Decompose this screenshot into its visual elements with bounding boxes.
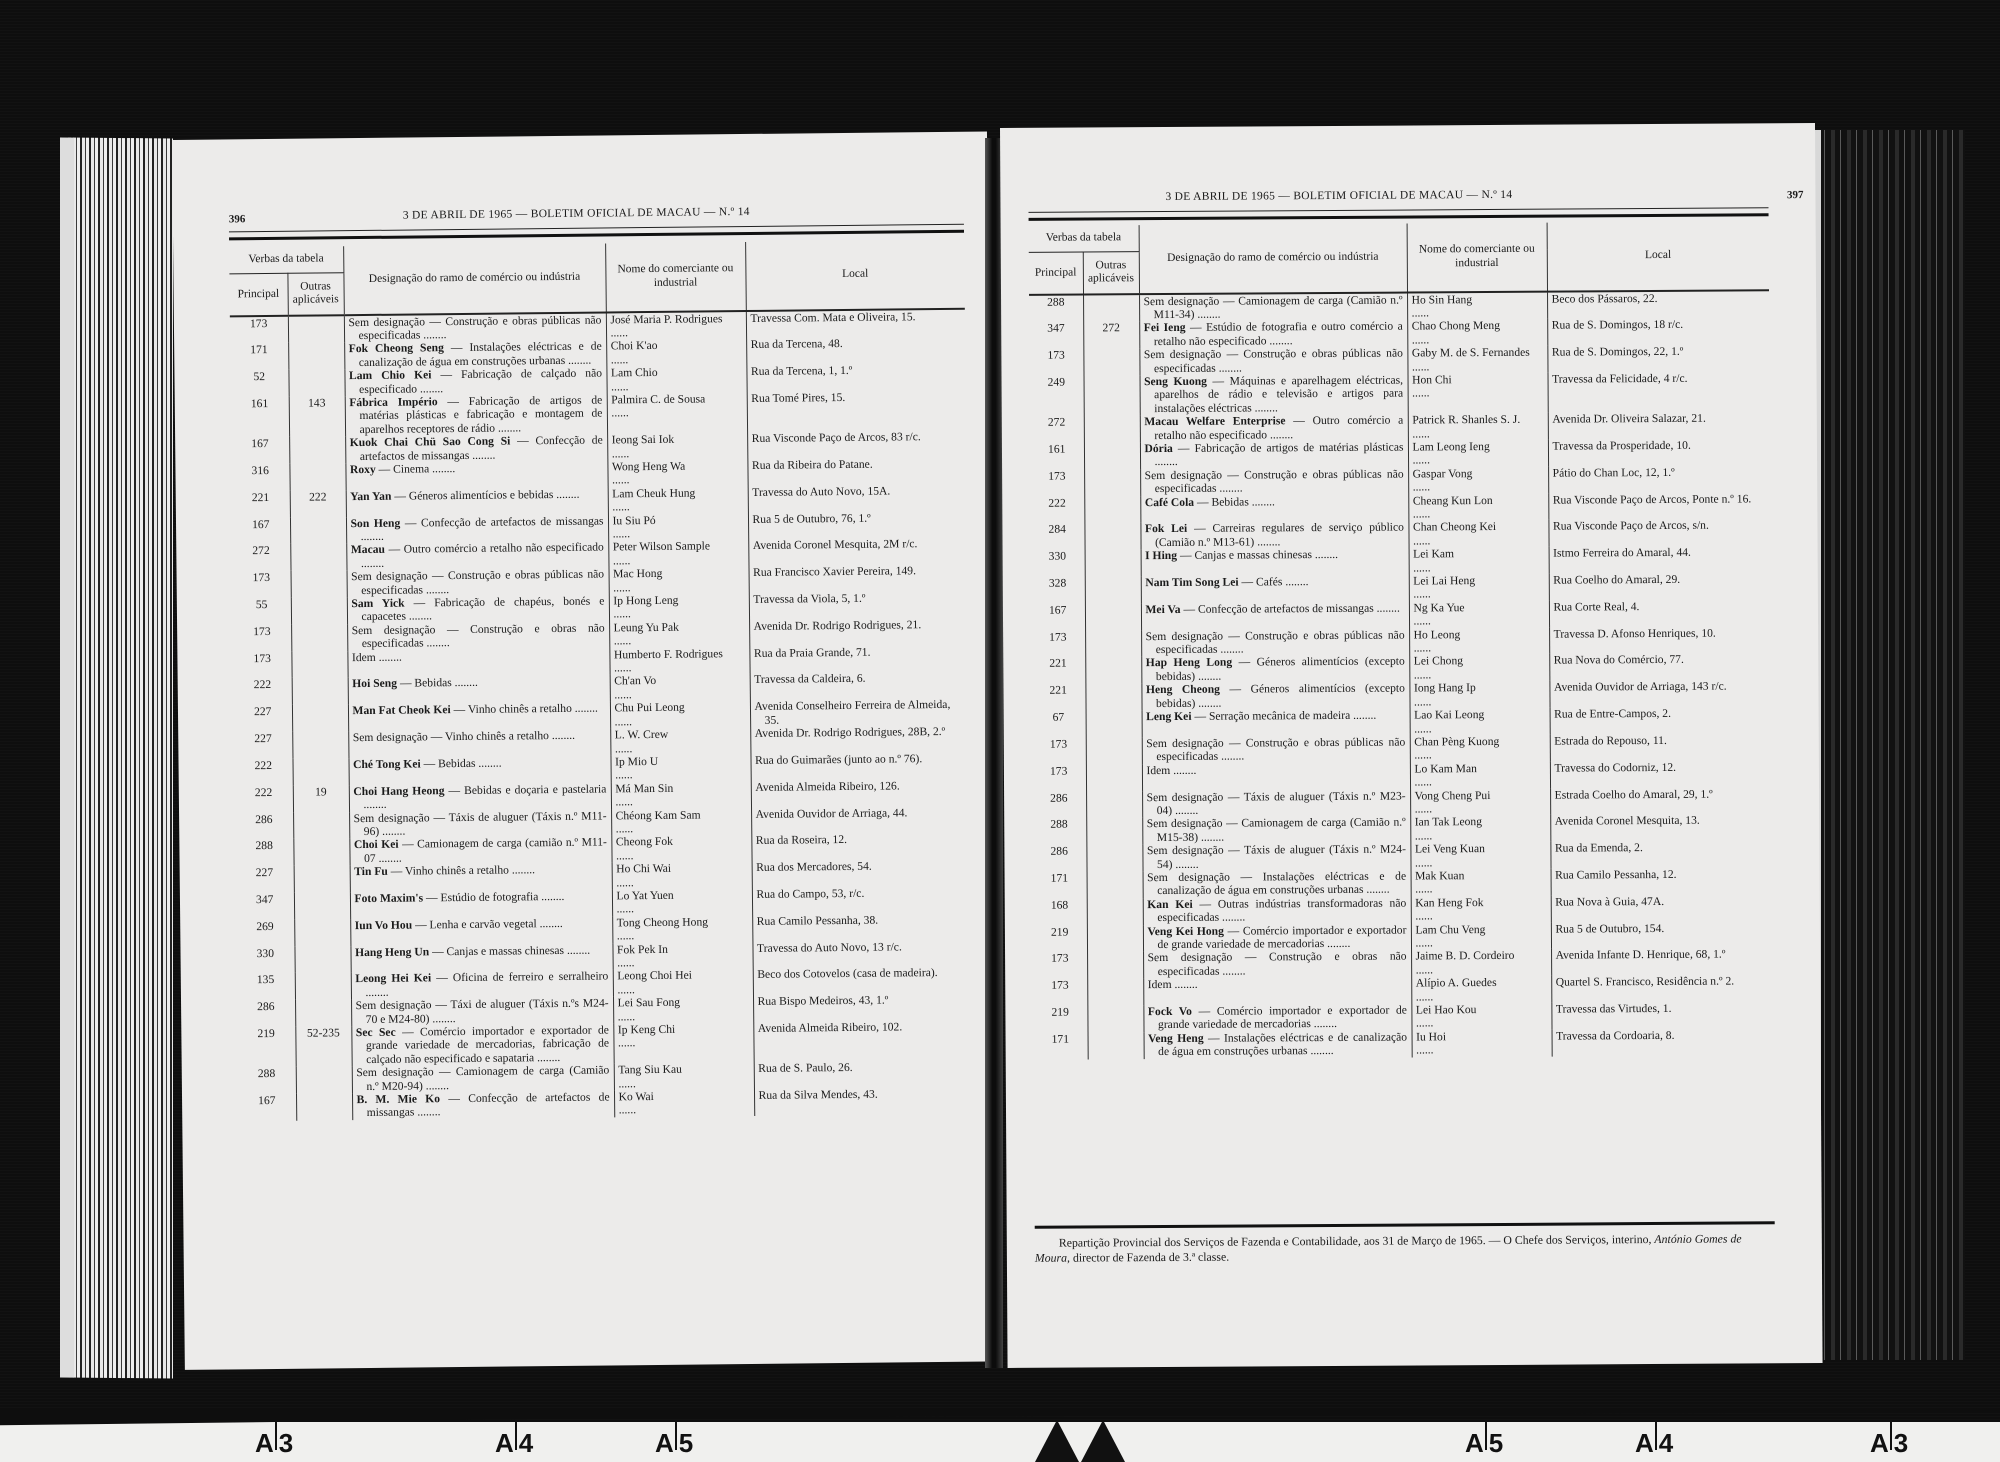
left-page: 396 3 DE ABRIL DE 1965 — BOLETIM OFICIAL… <box>172 131 1000 1369</box>
business-activity: Sem designação — Camionagem de carga (Ca… <box>1144 293 1403 321</box>
verba-outras <box>290 544 346 571</box>
business-name: Leong Hei Kei <box>355 972 431 986</box>
verba-outras <box>1087 978 1143 1005</box>
merchant-cell: Mac Hong ...... <box>609 566 749 594</box>
address: Travessa Com. Mata e Oliveira, 15. <box>750 309 961 325</box>
designacao-text: Sem designação — Camionagem de carga (Ca… <box>1147 816 1406 844</box>
designacao-text: Hang Heng Un — Canjas e massas chinesas … <box>355 943 608 959</box>
business-name: B. M. Mie Ko <box>357 1092 441 1106</box>
verba-outras: 52-235 <box>295 1026 351 1067</box>
designacao-text: Lam Chio Kei — Fabricação de calçado não… <box>349 367 602 396</box>
marker-bar <box>515 1420 517 1450</box>
business-name: Fei Ieng <box>1144 321 1186 334</box>
designacao-text: Sem designação — Construção e obras públ… <box>1146 735 1405 763</box>
microfilm-strip <box>0 1422 2000 1462</box>
verba-outras <box>1087 952 1143 979</box>
merchant-cell: Ko Wai ...... <box>614 1089 754 1117</box>
verba-principal: 347 <box>236 893 294 920</box>
local-cell: Avenida Coronel Mesquita, 13. <box>1550 814 1772 842</box>
verba-outras <box>1087 925 1143 952</box>
business-name: Roxy <box>350 463 376 476</box>
merchant-name: Humberto F. Rodrigues <box>614 647 745 662</box>
business-name: Hoi Seng <box>352 677 397 690</box>
merchant-name: L. W. Crew <box>615 727 746 742</box>
verba-principal: 219 <box>237 1027 295 1068</box>
local-cell: Avenida Dr. Rodrigo Rodrigues, 21. <box>749 618 968 647</box>
merchant-name: Lei Kam <box>1413 547 1544 561</box>
merchant-cell: Alípio A. Guedes ...... <box>1411 976 1551 1004</box>
verba-outras <box>1088 1032 1144 1059</box>
merchant-name: Jaime B. D. Cordeiro <box>1416 949 1547 963</box>
verba-principal: 288 <box>1032 818 1086 845</box>
designacao-text: Idem ........ <box>352 648 605 664</box>
merchant-name: Hon Chi <box>1412 373 1543 387</box>
business-activity: Sem designação — Construção e obras públ… <box>1146 735 1405 763</box>
local-cell: Rua Corte Real, 4. <box>1549 599 1771 627</box>
verba-outras <box>296 1093 352 1120</box>
local-cell: Travessa do Auto Novo, 13 r/c. <box>752 939 971 968</box>
verba-principal: 173 <box>1033 979 1087 1006</box>
merchant-name: Lei Hao Kou <box>1416 1003 1547 1017</box>
verba-outras: 272 <box>1083 321 1139 348</box>
verba-outras <box>1087 1005 1143 1032</box>
business-activity: — Outro comércio a retalho não especific… <box>388 541 603 556</box>
film-marker: A5 <box>655 1428 692 1459</box>
designacao-text: Seng Kuong — Máquinas e aparelhagem eléc… <box>1144 373 1403 415</box>
verba-principal: 227 <box>236 866 294 893</box>
designacao-text: Hap Heng Long — Géneros alimentícios (ex… <box>1146 655 1405 683</box>
address: Rua da Silva Mendes, 43. <box>758 1087 969 1103</box>
verba-outras <box>296 1066 352 1093</box>
merchant-cell: Lam Chio ...... <box>606 365 746 393</box>
merchant-name: Lei Sau Fong <box>618 995 749 1010</box>
address: Rua Corte Real, 4. <box>1553 599 1767 614</box>
designacao-cell: Sem designação — Construção e obras não … <box>1143 950 1411 978</box>
designacao-cell: Fok Cheong Seng — Instalações eléctricas… <box>344 340 606 370</box>
business-activity: Sem designação — Construção e obras não … <box>352 621 605 650</box>
merchant-name: Tang Siu Kau <box>618 1062 749 1077</box>
designacao-text: Mei Va — Confecção de artefactos de miss… <box>1145 601 1404 616</box>
address: Rua Nova do Comércio, 77. <box>1554 653 1768 668</box>
local-cell: Rua de S. Paulo, 26. <box>754 1060 973 1089</box>
designacao-cell: Dória — Fabricação de artigos de matéria… <box>1140 440 1408 468</box>
merchant-cell: Humberto F. Rodrigues ...... <box>609 647 749 675</box>
business-name: Sec Sec <box>356 1026 396 1039</box>
merchant-name: Patrick R. Shanles S. J. <box>1412 413 1543 427</box>
designacao-cell: Mei Va — Confecção de artefactos de miss… <box>1141 601 1409 629</box>
address: Travessa da Felicidade, 4 r/c. <box>1552 371 1766 386</box>
verba-principal: 221 <box>1031 657 1085 684</box>
verba-outras <box>294 892 350 919</box>
verba-principal: 272 <box>232 544 290 571</box>
verba-outras <box>1086 844 1142 871</box>
page-number: 397 <box>1787 189 1804 201</box>
business-activity: — Vinho chinês a retalho <box>454 702 572 716</box>
address: Avenida Dr. Oliveira Salazar, 21. <box>1552 411 1766 426</box>
business-activity: — Camionagem de carga (camião n.º M11-07 <box>364 836 607 865</box>
header-rule-thick <box>1029 213 1769 221</box>
merchant-cell: Leong Choi Hei ...... <box>613 968 753 996</box>
business-activity: Sem designação — Vinho chinês a retalho <box>353 729 549 744</box>
verba-outras <box>1085 549 1141 576</box>
merchant-name: Alípio A. Guedes <box>1416 976 1547 990</box>
address: Estrada do Repouso, 11. <box>1554 733 1768 748</box>
designacao-text: Hoi Seng — Bebidas ........ <box>352 675 605 691</box>
verba-outras <box>295 999 351 1026</box>
merchant-name: Chéong Kam Sam <box>616 808 747 823</box>
local-cell: Avenida Infante D. Henrique, 68, 1.º <box>1551 948 1773 976</box>
verba-outras <box>288 343 344 370</box>
local-cell: Travessa da Prosperidade, 10. <box>1548 438 1770 466</box>
local-cell: Rua Camilo Pessanha, 12. <box>1551 867 1773 895</box>
designacao-text: Choi Hang Heong — Bebidas e doçaria e pa… <box>353 782 606 811</box>
designacao-text: Yan Yan — Géneros alimentícios e bebidas… <box>350 487 603 503</box>
verba-principal: 272 <box>1030 416 1084 443</box>
verba-outras <box>294 865 350 892</box>
designacao-text: Café Cola — Bebidas ........ <box>1145 494 1404 509</box>
merchant-name: Tong Cheong Hong <box>617 915 748 930</box>
address: Rua da Ribeira do Patane. <box>752 457 963 473</box>
business-name: Macau Welfare Enterprise <box>1144 414 1285 428</box>
merchant-cell: Lei Kam ...... <box>1409 547 1549 575</box>
verba-principal: 286 <box>235 812 293 839</box>
verba-principal: 167 <box>231 437 289 464</box>
designacao-cell: Hap Heng Long — Géneros alimentícios (ex… <box>1141 655 1409 683</box>
business-name: Tin Fu <box>354 865 388 878</box>
verba-outras <box>1084 375 1140 416</box>
merchant-cell: Lam Leong Ieng ...... <box>1408 440 1548 468</box>
verba-outras <box>291 651 347 678</box>
designacao-cell: Sem designação — Vinho chinês a retalho … <box>348 729 610 759</box>
verba-outras <box>288 315 344 343</box>
verba-outras: 143 <box>289 396 345 437</box>
designacao-cell: Fock Vo — Comércio importador e exportad… <box>1143 1004 1411 1032</box>
designacao-text: Sem designação — Táxis de aluguer (Táxis… <box>354 809 607 838</box>
address: Avenida Dr. Rodrigo Rodrigues, 28B, 2.º <box>755 725 966 741</box>
designacao-cell: Man Fat Cheok Kei — Vinho chinês a retal… <box>348 702 610 732</box>
designacao-text: Heng Cheong — Géneros alimentícios (exce… <box>1146 682 1405 710</box>
business-name: I Hing <box>1145 549 1177 562</box>
merchant-name: Lei Lai Heng <box>1413 574 1544 588</box>
business-activity: — Bebidas <box>1197 495 1249 508</box>
verba-outras <box>292 678 348 705</box>
business-activity: Sem designação — Construção e obras públ… <box>348 313 601 342</box>
business-activity: — Comércio importador e exportador de gr… <box>366 1024 609 1066</box>
merchant-name: Ko Wai <box>618 1089 749 1104</box>
address: Rua Francisco Xavier Pereira, 149. <box>753 564 964 580</box>
address: Avenida Conselheiro Ferreira de Almeida,… <box>754 698 965 727</box>
business-activity: Sem designação — Construção e obras não … <box>1148 950 1407 978</box>
business-activity: Sem designação — Instalações eléctricas … <box>1147 870 1406 898</box>
merchant-name: Peter Wilson Sample <box>613 539 744 554</box>
business-name: Leng Kei <box>1146 710 1192 723</box>
verba-principal: 52 <box>230 370 288 397</box>
film-marker: A4 <box>495 1428 532 1459</box>
merchant-name: Ho Chi Wai <box>616 861 747 876</box>
designacao-cell: Foto Maxim's — Estúdio de fotografia ...… <box>350 889 612 919</box>
business-name: Lam Chio Kei <box>349 368 432 382</box>
merchant-name: Ip Keng Chi <box>618 1022 749 1037</box>
local-cell: Estrada do Repouso, 11. <box>1550 733 1772 761</box>
merchant-cell: Ip Hong Leng ...... <box>609 593 749 621</box>
business-activity: Sem designação — Táxis de aluguer (Táxis… <box>354 809 607 838</box>
business-activity: — Bebidas <box>400 677 452 691</box>
business-name: Iun Vo Hou <box>355 918 413 932</box>
verba-outras <box>1086 764 1142 791</box>
merchant-cell: Fok Pek In ...... <box>612 942 752 970</box>
address: Rua Visconde Paço de Arcos, 83 r/c. <box>752 430 963 446</box>
verba-outras <box>1084 442 1140 469</box>
designacao-text: Sem designação — Construção e obras públ… <box>1146 628 1405 656</box>
local-cell: Rua do Campo, 53, r/c. <box>752 886 971 915</box>
local-cell: Rua da Tercena, 1, 1.º <box>746 363 965 392</box>
designacao-text: Sec Sec — Comércio importador e exportad… <box>356 1024 609 1067</box>
merchant-cell: Ip Keng Chi ...... <box>613 1022 753 1064</box>
local-cell: Travessa do Auto Novo, 15A. <box>748 483 967 512</box>
local-cell: Rua da Silva Mendes, 43. <box>754 1087 973 1116</box>
address: Rua Tomé Pires, 15. <box>751 390 962 406</box>
merchant-cell: Gaspar Vong ...... <box>1408 466 1548 494</box>
verba-principal: 286 <box>1032 791 1086 818</box>
merchant-cell: Lei Hao Kou ...... <box>1411 1003 1551 1031</box>
designacao-cell: Roxy — Cinema ........ <box>345 460 607 490</box>
verba-principal: 161 <box>231 397 289 438</box>
designacao-text: B. M. Mie Ko — Confecção de artefactos d… <box>357 1091 610 1120</box>
designacao-cell: Sem designação — Camionagem de carga (Ca… <box>1142 816 1410 844</box>
business-activity: Sem designação — Táxi de aluguer (Táxis … <box>356 997 609 1026</box>
designacao-cell: Sem designação — Construção e obras públ… <box>347 568 609 598</box>
address: Beco dos Pássaros, 22. <box>1552 291 1766 306</box>
merchant-cell: Chao Chong Meng ...... <box>1407 319 1547 347</box>
merchant-cell: Cheong Fok ...... <box>611 834 751 862</box>
verba-principal: 222 <box>234 759 292 786</box>
footnote-text: Repartição Provincial dos Serviços de Fa… <box>1059 1232 1652 1250</box>
verba-principal: 221 <box>232 491 290 518</box>
verba-principal: 284 <box>1030 523 1084 550</box>
merchant-cell: Kan Heng Fok ...... <box>1411 895 1551 923</box>
business-name: Choi Hang Heong <box>353 784 444 798</box>
header-designacao: Designação do ramo de comércio ou indúst… <box>343 243 606 314</box>
marker-bar <box>1655 1420 1657 1450</box>
verba-outras <box>1084 415 1140 442</box>
merchant-cell: Tong Cheong Hong ...... <box>612 915 752 943</box>
business-activity: Sem designação — Táxis de aluguer (Táxis… <box>1147 789 1406 817</box>
header-outras: Outras aplicáveis <box>1083 252 1139 294</box>
address: Travessa da Prosperidade, 10. <box>1552 438 1766 453</box>
verba-principal: 173 <box>233 571 291 598</box>
verba-outras <box>1086 737 1142 764</box>
address: Travessa da Cordoaria, 8. <box>1556 1028 1770 1043</box>
merchant-name: Iu Siu Pó <box>612 513 743 528</box>
header-designacao: Designação do ramo de comércio ou indúst… <box>1139 224 1407 294</box>
verba-outras <box>292 704 348 731</box>
designacao-cell: Sem designação — Táxis de aluguer (Táxis… <box>1142 789 1410 817</box>
business-name: Macau <box>351 543 385 556</box>
verba-principal: 135 <box>237 973 295 1000</box>
address: Rua Coelho do Amaral, 29. <box>1553 572 1767 587</box>
verba-principal: 227 <box>234 705 292 732</box>
merchant-name: Ng Ka Yue <box>1413 601 1544 615</box>
local-cell: Rua Bispo Medeiros, 43, 1.º <box>753 993 972 1022</box>
table-row: 171Veng Heng — Instalações eléctricas e … <box>1034 1028 1774 1059</box>
verba-outras: 19 <box>293 785 349 812</box>
local-cell: Pátio do Chan Loc, 12, 1.º <box>1548 465 1770 493</box>
verba-outras <box>1087 898 1143 925</box>
designacao-cell: Sem designação — Construção e obras públ… <box>1141 628 1409 656</box>
business-name: Sam Yick <box>351 597 404 611</box>
local-cell: Rua de S. Domingos, 22, 1.º <box>1547 344 1769 372</box>
header-verbas: Verbas da tabela <box>229 246 343 274</box>
business-name: Fábrica Império <box>349 395 437 409</box>
merchant-cell: Lo Kam Man ...... <box>1410 761 1550 789</box>
designacao-text: Sem designação — Vinho chinês a retalho … <box>353 729 606 745</box>
verba-principal: 173 <box>1031 630 1085 657</box>
local-cell: Travessa da Caldeira, 6. <box>750 671 969 700</box>
designacao-text: Sam Yick — Fabricação de chapéus, bonés … <box>351 595 604 624</box>
merchant-cell: Ng Ka Yue ...... <box>1409 600 1549 628</box>
designacao-text: Dória — Fabricação de artigos de matéria… <box>1144 441 1403 469</box>
header-principal: Principal <box>229 273 287 316</box>
verba-outras <box>1085 603 1141 630</box>
verba-principal: 227 <box>234 732 292 759</box>
local-cell: Rua da Praia Grande, 71. <box>749 644 968 673</box>
verba-principal: 168 <box>1033 898 1087 925</box>
business-name: Fok Cheong Seng <box>349 341 444 355</box>
verba-principal: 249 <box>1030 375 1084 416</box>
merchant-name: Ho Leong <box>1414 627 1545 641</box>
business-name: Café Cola <box>1145 495 1194 508</box>
verba-principal: 171 <box>1033 871 1087 898</box>
merchant-cell: Chan Pèng Kuong ...... <box>1410 735 1550 763</box>
local-cell: Rua Nova à Guia, 47A. <box>1551 894 1773 922</box>
business-name: Man Fat Cheok Kei <box>352 703 450 717</box>
merchant-cell: Chéong Kam Sam ...... <box>611 808 751 836</box>
business-activity: — Géneros alimentícios e bebidas <box>394 488 553 503</box>
designacao-cell: Nam Tim Song Lei — Cafés ........ <box>1141 575 1409 603</box>
merchant-name: Choi K'ao <box>611 338 742 353</box>
business-activity: — Bebidas <box>424 757 476 771</box>
verba-outras <box>292 731 348 758</box>
designacao-cell: Sem designação — Instalações eléctricas … <box>1143 869 1411 897</box>
merchant-name: Palmira C. de Sousa <box>611 392 742 407</box>
business-activity: Sem designação — Camionagem de carga (Ca… <box>1147 816 1406 844</box>
business-activity: — Canjas e massas chinesas <box>1180 548 1312 562</box>
merchant-name: Wong Heng Wa <box>612 459 743 474</box>
verba-outras <box>1083 294 1139 322</box>
verba-principal: 167 <box>1031 603 1085 630</box>
page-running-title: 3 DE ABRIL DE 1965 — BOLETIM OFICIAL DE … <box>1165 189 1512 203</box>
address: Travessa das Virtudes, 1. <box>1556 1001 1770 1016</box>
business-name: Heng Cheong <box>1146 683 1220 696</box>
local-cell: Avenida Conselheiro Ferreira de Almeida,… <box>750 698 969 727</box>
address: Travessa do Auto Novo, 15A. <box>752 484 963 500</box>
business-activity: Sem designação — Camionagem de carga (Ca… <box>356 1064 609 1093</box>
triangle-icon <box>1035 1420 1079 1462</box>
business-activity: — Oficina de ferreiro e serralheiro <box>436 970 608 985</box>
verba-outras: 222 <box>290 490 346 517</box>
local-cell: Rua de Entre-Campos, 2. <box>1550 706 1772 734</box>
merchant-cell: Lam Chu Veng ...... <box>1411 922 1551 950</box>
designacao-text: Iun Vo Hou — Lenha e carvão vegetal ....… <box>355 916 608 932</box>
verba-principal: 288 <box>235 839 293 866</box>
designacao-text: I Hing — Canjas e massas chinesas ......… <box>1145 548 1404 563</box>
verba-outras <box>295 973 351 1000</box>
local-cell: Beco dos Cotovelos (casa de madeira). <box>753 966 972 995</box>
business-name: Seng Kuong <box>1144 375 1207 388</box>
verba-outras <box>293 812 349 839</box>
designacao-text: Choi Kei — Camionagem de carga (camião n… <box>354 836 607 865</box>
business-activity: — Estúdio de fotografia <box>426 890 539 904</box>
marker-bar <box>1890 1420 1892 1450</box>
licence-table: Verbas da tabela Designação do ramo de c… <box>1029 221 1774 1059</box>
merchant-name: Lam Chu Veng <box>1415 922 1546 936</box>
merchant-cell: Chan Cheong Kei ...... <box>1408 520 1548 548</box>
address: Rua da Emenda, 2. <box>1555 840 1769 855</box>
address: Avenida Ouvidor de Arriaga, 143 r/c. <box>1554 680 1768 695</box>
verba-outras <box>1086 791 1142 818</box>
designacao-text: Sem designação — Táxi de aluguer (Táxis … <box>356 997 609 1026</box>
address: Avenida Dr. Rodrigo Rodrigues, 21. <box>754 618 965 634</box>
table-body: 288Sem designação — Camionagem de carga … <box>1029 290 1774 1060</box>
designacao-text: Veng Kei Hong — Comércio importador e ex… <box>1147 923 1406 951</box>
merchant-name: Ho Sin Hang <box>1412 292 1543 306</box>
merchant-name: Ch'an Vo <box>614 673 745 688</box>
merchant-name: Cheong Fok <box>616 834 747 849</box>
merchant-cell: Mak Kuan ...... <box>1411 869 1551 897</box>
local-cell: Avenida Coronel Mesquita, 2M r/c. <box>748 537 967 566</box>
designacao-cell: Sem designação — Construção e obras públ… <box>344 312 606 343</box>
merchant-name: Ip Mio U <box>615 754 746 769</box>
designacao-cell: Sem designação — Construção e obras públ… <box>1140 467 1408 495</box>
verba-principal: 173 <box>1030 469 1084 496</box>
address: Rua Bispo Medeiros, 43, 1.º <box>758 993 969 1009</box>
verba-principal: 330 <box>1031 550 1085 577</box>
film-center-arrows <box>1035 1420 1135 1462</box>
local-cell: Travessa da Viola, 5, 1.º <box>749 591 968 620</box>
verba-outras <box>293 839 349 866</box>
designacao-cell: Macau — Outro comércio a retalho não esp… <box>346 541 608 571</box>
local-cell: Rua da Roseira, 12. <box>751 832 970 861</box>
verba-outras <box>291 624 347 651</box>
business-name: Yan Yan <box>350 490 391 503</box>
verba-principal: 167 <box>238 1094 296 1121</box>
designacao-cell: Sem designação — Táxi de aluguer (Táxis … <box>351 997 613 1027</box>
merchant-name: Ieong Sai Iok <box>612 432 743 447</box>
designacao-text: Idem ........ <box>1146 762 1405 777</box>
merchant-name: Lei Chong <box>1414 654 1545 668</box>
merchant-cell: Gaby M. de S. Fernandes ...... <box>1407 346 1547 374</box>
table-body: 173Sem designação — Construção e obras p… <box>230 308 973 1121</box>
local-cell: Rua Coelho do Amaral, 29. <box>1549 572 1771 600</box>
local-cell: Rua 5 de Outubro, 76, 1.º <box>748 510 967 539</box>
address: Avenida Infante D. Henrique, 68, 1.º <box>1556 948 1770 963</box>
verba-outras <box>289 463 345 490</box>
left-page-edges <box>68 138 173 1379</box>
verba-principal: 219 <box>1033 1006 1087 1033</box>
business-activity: — Cafés <box>1241 575 1282 588</box>
verba-outras <box>290 517 346 544</box>
business-activity: Idem <box>352 651 376 664</box>
merchant-cell: Ho Leong ...... <box>1409 627 1549 655</box>
local-cell: Beco dos Pássaros, 22. <box>1547 290 1769 319</box>
merchant-name: Lam Leong Ieng <box>1412 440 1543 454</box>
merchant-name: Má Man Sin <box>615 781 746 796</box>
business-name: Son Heng <box>350 516 400 530</box>
local-cell: Rua Camilo Pessanha, 38. <box>752 912 971 941</box>
designacao-cell: Idem ........ <box>347 648 609 678</box>
designacao-cell: Sem designação — Táxis de aluguer (Táxis… <box>349 809 611 839</box>
local-cell: Travessa da Cordoaria, 8. <box>1552 1028 1774 1056</box>
